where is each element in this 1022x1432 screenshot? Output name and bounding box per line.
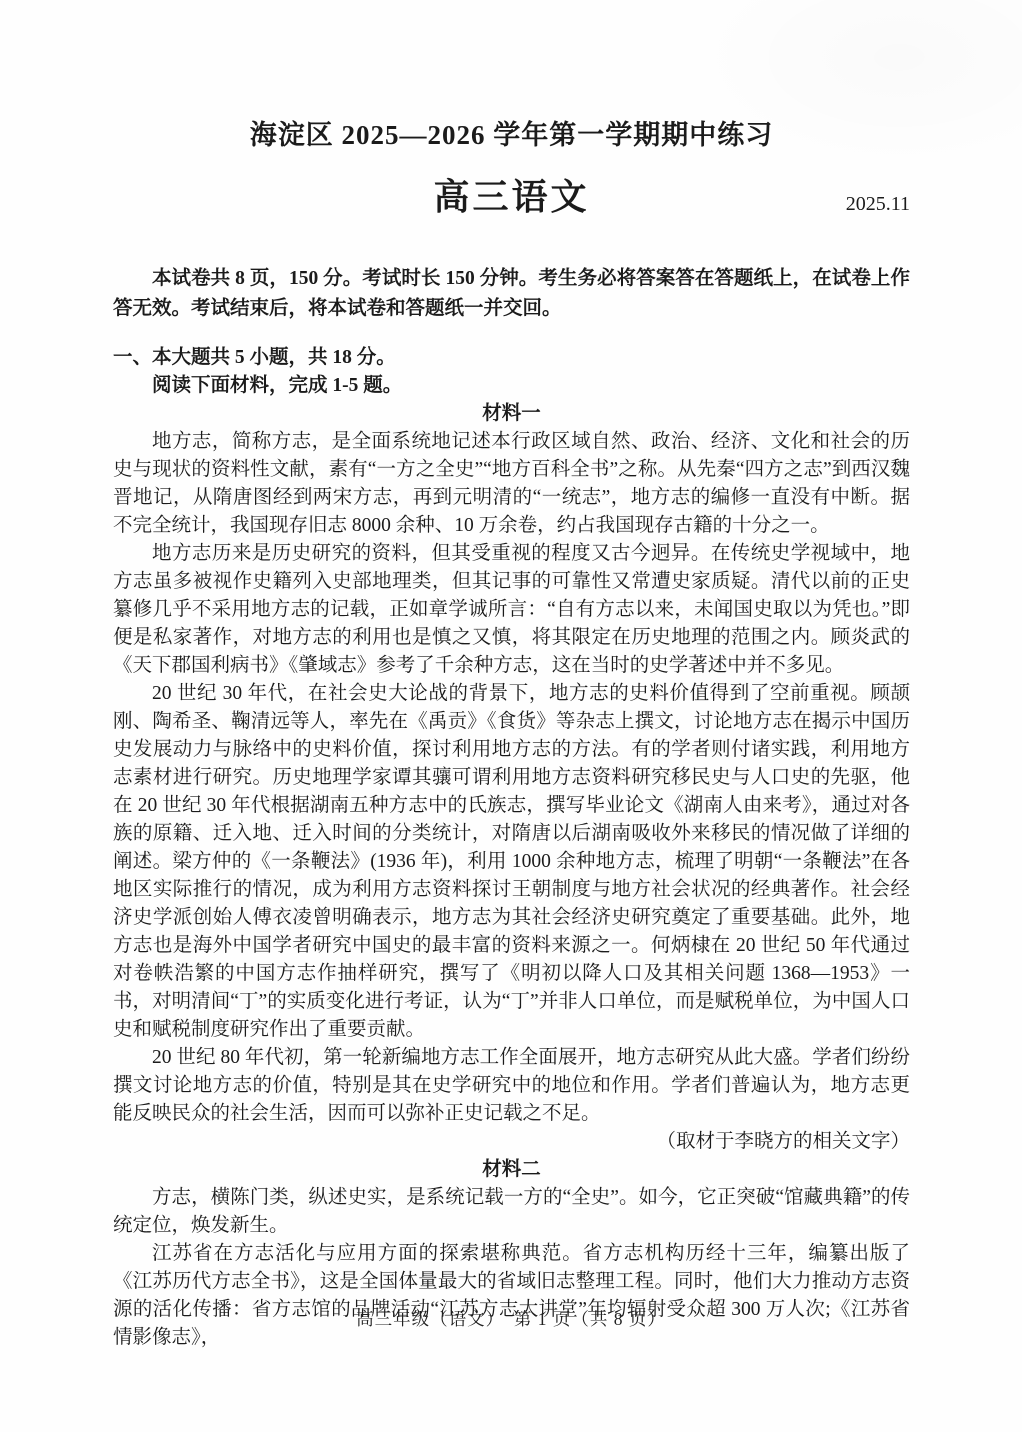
material-one-paragraph-4: 20 世纪 80 年代初，第一轮新编地方志工作全面展开，地方志研究从此大盛。学者…	[113, 1044, 910, 1128]
page-content: 海淀区 2025—2026 学年第一学期期中练习 高三语文 2025.11 本试…	[113, 0, 910, 1352]
exam-instructions: 本试卷共 8 页，150 分。考试时长 150 分钟。考生务必将答案答在答题纸上…	[113, 264, 910, 324]
material-one-paragraph-1: 地方志，简称方志，是全面系统地记述本行政区域自然、政治、经济、文化和社会的历史与…	[113, 428, 910, 540]
section-one-heading: 一、本大题共 5 小题，共 18 分。	[113, 344, 910, 372]
material-one-paragraph-2: 地方志历来是历史研究的资料，但其受重视的程度又古今迥异。在传统史学视域中，地方志…	[113, 540, 910, 680]
material-two-heading: 材料二	[113, 1156, 910, 1184]
material-two-paragraph-2: 江苏省在方志活化与应用方面的探索堪称典范。省方志机构历经十三年，编纂出版了《江苏…	[113, 1240, 910, 1352]
exam-session-title: 海淀区 2025—2026 学年第一学期期中练习	[113, 118, 910, 152]
section-one-subheading: 阅读下面材料，完成 1-5 题。	[113, 372, 910, 400]
material-one-attribution: （取材于李晓方的相关文字）	[113, 1128, 910, 1156]
exam-date: 2025.11	[846, 193, 910, 216]
exam-paper-page: 海淀区 2025—2026 学年第一学期期中练习 高三语文 2025.11 本试…	[0, 0, 1022, 1432]
material-two-paragraph-1: 方志，横陈门类，纵述史实，是系统记载一方的“全史”。如今，它正突破“馆藏典籍”的…	[113, 1184, 910, 1240]
subject-title-row: 高三语文 2025.11	[113, 174, 910, 220]
page-footer: 高三年级（语文） 第 1 页（共 8 页）	[0, 1306, 1022, 1331]
material-one-paragraph-3: 20 世纪 30 年代，在社会史大论战的背景下，地方志的史料价值得到了空前重视。…	[113, 680, 910, 1044]
subject-title: 高三语文	[113, 174, 910, 220]
material-one-heading: 材料一	[113, 400, 910, 428]
